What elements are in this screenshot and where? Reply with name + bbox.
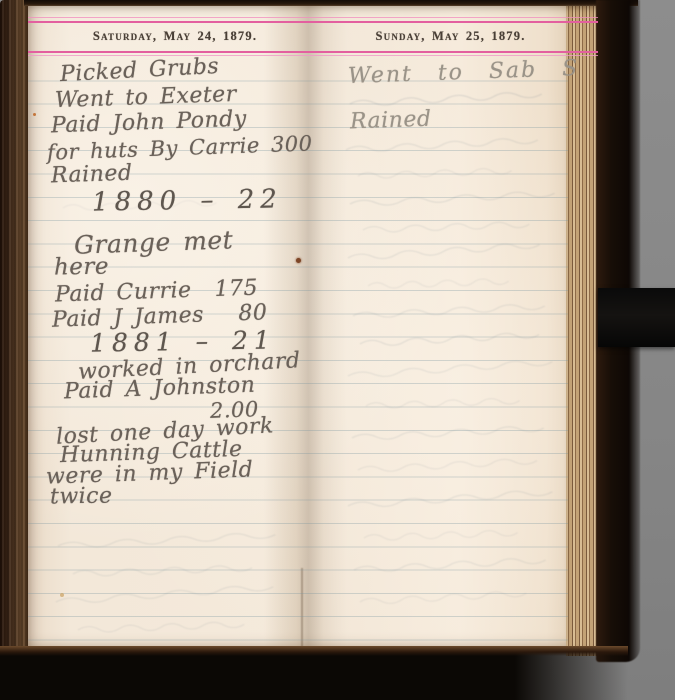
pink-rule-top-light (28, 17, 598, 18)
diary-scan: Saturday, May 24, 1879. Sunday, May 25, … (0, 0, 675, 700)
pink-rule-under-header-light (28, 55, 598, 56)
diary-entry-line: Rained (51, 163, 133, 188)
foxing-spot (60, 593, 64, 597)
diary-entry-line: 1880 – 22 (92, 186, 283, 215)
clasp-strap (598, 288, 675, 347)
foxing-spot (33, 113, 36, 116)
page-edge-stack (566, 6, 600, 656)
page-header-right: Sunday, May 25, 1879. (333, 29, 568, 44)
diary-entry-line: twice (50, 485, 113, 508)
diary-entry-line: Rained (350, 109, 432, 134)
page-header-left: Saturday, May 24, 1879. (30, 29, 320, 44)
pink-rule-under-header (28, 51, 598, 53)
book-cover-left-edge (0, 0, 30, 668)
foxing-spot (296, 258, 301, 263)
book-bottom-shadow (0, 646, 628, 700)
pink-rule-top (28, 21, 598, 23)
diary-entry-line: here (54, 256, 109, 280)
